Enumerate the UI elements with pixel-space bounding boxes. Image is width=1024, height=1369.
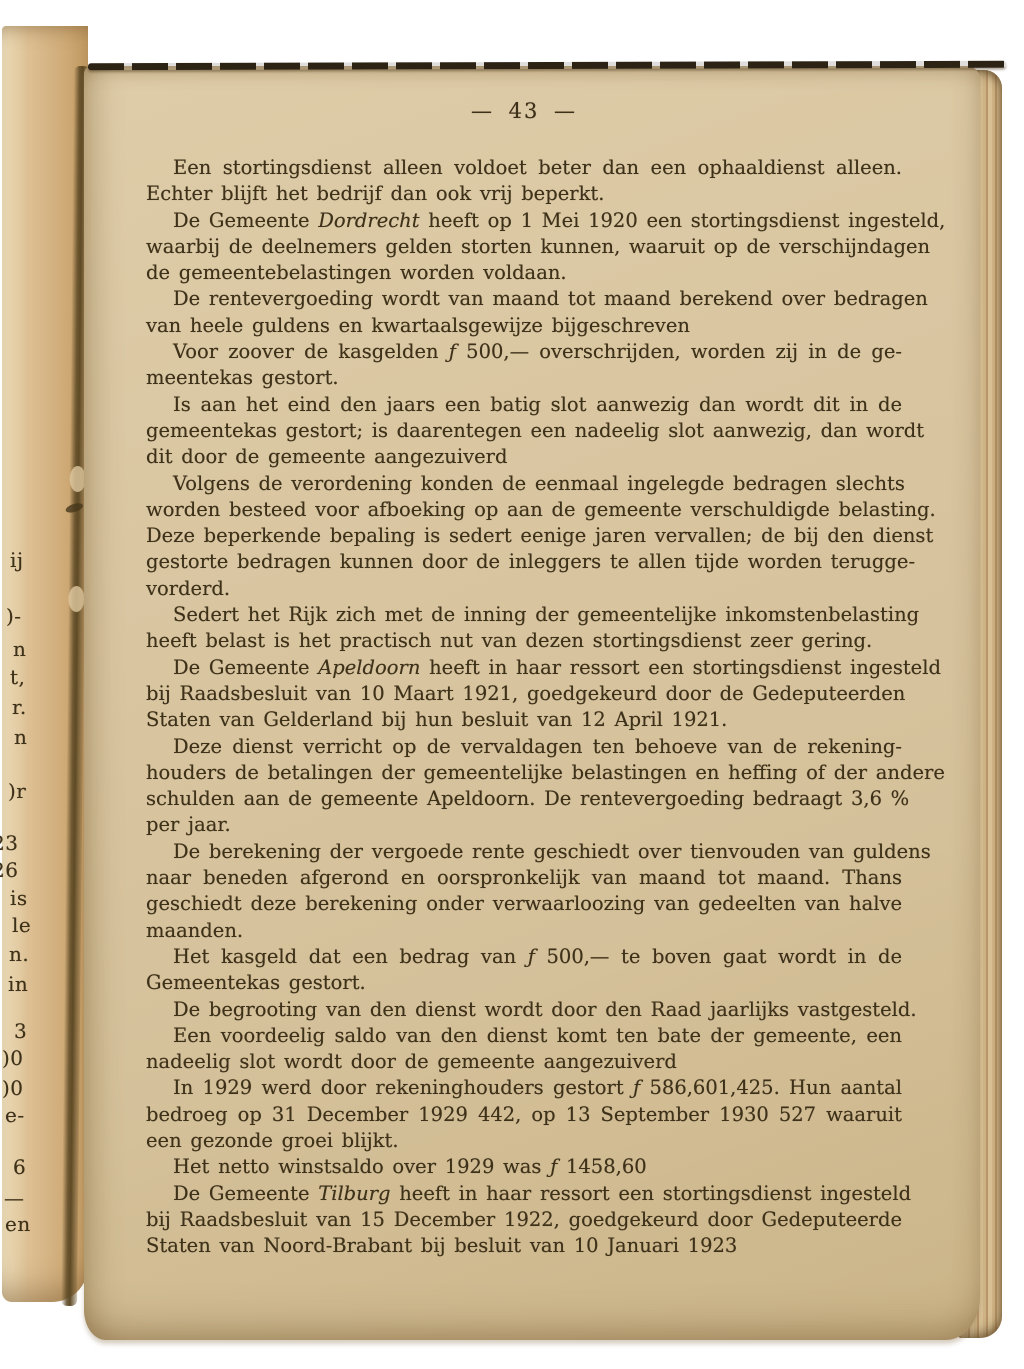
paragraph: De Gemeente Tilburg heeft in haar ressor… — [146, 1181, 902, 1260]
paragraph: De begrooting van den dienst wordt door … — [146, 997, 902, 1023]
text-line: maanden. — [146, 918, 902, 944]
margin-fragment: le — [12, 913, 31, 937]
text-line: Sedert het Rijk zich met de inning der g… — [146, 602, 902, 628]
paragraph: De Gemeente Dordrecht heeft op 1 Mei 192… — [146, 208, 902, 287]
paragraph: In 1929 werd door rekeninghouders gestor… — [146, 1075, 902, 1154]
text-line: meentekas gestort. — [146, 365, 902, 391]
book-page: — 43 — Een stortingsdienst alleen voldoe… — [84, 66, 980, 1340]
text-line: Deze dienst verricht op de vervaldagen t… — [146, 734, 902, 760]
text-line: naar beneden afgerond en oorspronkelijk … — [146, 865, 902, 891]
margin-fragment: )0 — [2, 1076, 24, 1100]
gutter-gap — [68, 586, 84, 612]
paragraph: Een stortingsdienst alleen voldoet beter… — [146, 155, 902, 208]
text-line: nadeelig slot wordt door de gemeente aan… — [146, 1049, 902, 1075]
margin-fragment: 6 — [13, 1155, 26, 1179]
book-photo: ij)-nt,r.n)r2326islen.in3)0)0e-6—en — 43… — [0, 0, 1024, 1369]
margin-fragment: 23 — [0, 831, 18, 855]
margin-fragment: )0 — [2, 1046, 24, 1070]
text-line: waarbij de deelnemers gelden storten kun… — [146, 234, 902, 260]
margin-fragment: is — [10, 886, 28, 910]
text-line: De rentevergoeding wordt van maand tot m… — [146, 286, 902, 312]
text-line: een gezonde groei blijkt. — [146, 1128, 902, 1154]
text-line: schulden aan de gemeente Apeldoorn. De r… — [146, 786, 902, 812]
text-line: bedroeg op 31 December 1929 442, op 13 S… — [146, 1102, 902, 1128]
margin-fragment: en — [5, 1212, 31, 1236]
paragraph: Sedert het Rijk zich met de inning der g… — [146, 602, 902, 655]
margin-fragment: e- — [5, 1103, 25, 1127]
text-line: gemeentekas gestort; is daarentegen een … — [146, 418, 902, 444]
paragraph: Het netto winstsaldo over 1929 was ƒ 145… — [146, 1154, 902, 1180]
text-line: De Gemeente Dordrecht heeft op 1 Mei 192… — [146, 208, 902, 234]
text-line: van heele guldens en kwartaalsgewijze bi… — [146, 313, 902, 339]
text-line: bij Raadsbesluit van 10 Maart 1921, goed… — [146, 681, 902, 707]
text-line: De berekening der vergoede rente geschie… — [146, 839, 902, 865]
margin-fragment: )- — [6, 604, 22, 628]
margin-fragment: ij — [10, 548, 24, 572]
margin-fragment: in — [8, 972, 28, 996]
text-line: dit door de gemeente aangezuiverd — [146, 444, 902, 470]
text-line: De Gemeente Apeldoorn heeft in haar ress… — [146, 655, 902, 681]
page-text: Een stortingsdienst alleen voldoet beter… — [146, 155, 902, 1259]
margin-fragment: n — [13, 637, 26, 661]
text-line: worden besteed voor afboeking op aan de … — [146, 497, 902, 523]
paragraph: De rentevergoeding wordt van maand tot m… — [146, 286, 902, 339]
text-line: bij Raadsbesluit van 15 December 1922, g… — [146, 1207, 902, 1233]
text-line: Een stortingsdienst alleen voldoet beter… — [146, 155, 902, 181]
margin-fragment: t, — [10, 665, 25, 689]
paragraph: De Gemeente Apeldoorn heeft in haar ress… — [146, 655, 902, 734]
paragraph: Volgens de verordening konden de eenmaal… — [146, 471, 902, 602]
text-line: Deze beperkende bepaling is sedert eenig… — [146, 523, 902, 549]
paragraph: Het kasgeld dat een bedrag van ƒ 500,— t… — [146, 944, 902, 997]
page-number: — 43 — — [146, 99, 902, 123]
text-line: vorderd. — [146, 576, 902, 602]
text-line: de gemeentebelastingen worden voldaan. — [146, 260, 902, 286]
text-line: De begrooting van den dienst wordt door … — [146, 997, 902, 1023]
margin-fragment: r. — [12, 695, 27, 719]
text-line: gestorte bedragen kunnen door de inlegge… — [146, 549, 902, 575]
paragraph: Een voordeelig saldo van den dienst komt… — [146, 1023, 902, 1076]
margin-fragment: 26 — [0, 858, 18, 882]
text-line: Echter blijft het bedrijf dan ook vrij b… — [146, 181, 902, 207]
text-line: Voor zoover de kasgelden ƒ 500,— oversch… — [146, 339, 902, 365]
text-line: Gemeentekas gestort. — [146, 970, 902, 996]
margin-fragment: )r — [8, 779, 26, 803]
text-line: Een voordeelig saldo van den dienst komt… — [146, 1023, 902, 1049]
text-line: De Gemeente Tilburg heeft in haar ressor… — [146, 1181, 902, 1207]
text-line: per jaar. — [146, 812, 902, 838]
text-line: In 1929 werd door rekeninghouders gestor… — [146, 1075, 902, 1101]
margin-fragment: — — [4, 1186, 25, 1210]
text-line: houders de betalingen der gemeentelijke … — [146, 760, 902, 786]
text-line: Het kasgeld dat een bedrag van ƒ 500,— t… — [146, 944, 902, 970]
text-line: Staten van Noord-Brabant bij besluit van… — [146, 1233, 902, 1259]
margin-fragment: n. — [9, 942, 29, 966]
text-line: Is aan het eind den jaars een batig slot… — [146, 392, 902, 418]
margin-fragment: 3 — [14, 1019, 27, 1043]
text-line: Het netto winstsaldo over 1929 was ƒ 145… — [146, 1154, 902, 1180]
text-line: heeft belast is het practisch nut van de… — [146, 628, 902, 654]
paragraph: Is aan het eind den jaars een batig slot… — [146, 392, 902, 471]
paragraph: Deze dienst verricht op de vervaldagen t… — [146, 734, 902, 839]
text-line: Staten van Gelderland bij hun besluit va… — [146, 707, 902, 733]
paragraph: Voor zoover de kasgelden ƒ 500,— oversch… — [146, 339, 902, 392]
text-line: Volgens de verordening konden de eenmaal… — [146, 471, 902, 497]
paragraph: De berekening der vergoede rente geschie… — [146, 839, 902, 944]
margin-fragment: n — [14, 725, 27, 749]
text-line: geschiedt deze berekening onder verwaarl… — [146, 891, 902, 917]
